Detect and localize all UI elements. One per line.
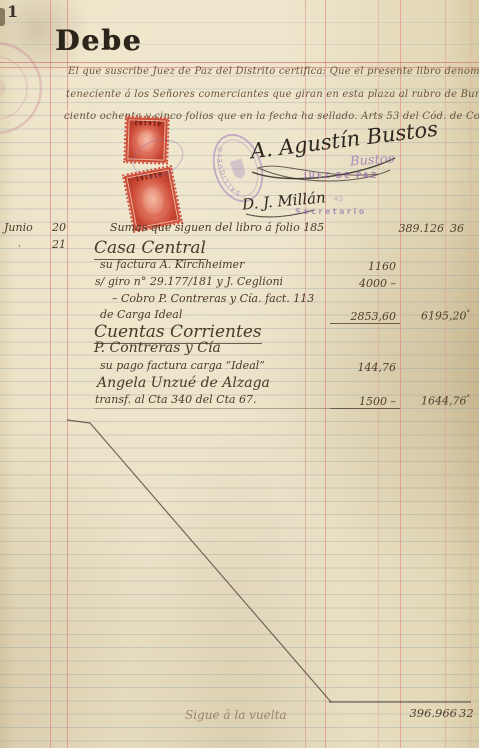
- ledger-page-scan: 1 Debe El que suscribe Juez de Paz del D…: [0, 0, 479, 748]
- footer-note: Sigue á la vuelta: [185, 708, 287, 722]
- closing-lines: [0, 0, 479, 748]
- carry-total-pesos: 396.966: [400, 706, 457, 720]
- carry-total-cents: 32: [459, 706, 475, 720]
